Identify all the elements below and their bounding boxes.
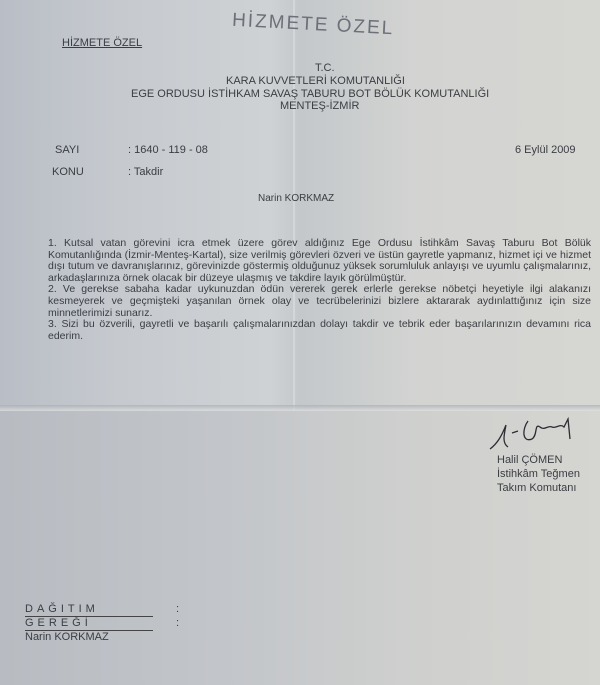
signatory-rank: İstihkâm Teğmen: [497, 467, 580, 481]
action-colon: :: [176, 617, 179, 630]
distribution-colon: :: [176, 603, 179, 616]
subject-value: : Takdir: [128, 166, 163, 178]
signatory-name: Halil ÇÖMEN: [497, 453, 580, 467]
paper-fold-horizontal: [0, 405, 600, 411]
header-command: KARA KUVVETLERİ KOMUTANLIĞI: [226, 75, 405, 87]
number-label: SAYI: [55, 144, 79, 156]
document-date: 6 Eylül 2009: [515, 144, 576, 156]
signatory-block: Halil ÇÖMEN İstihkâm Teğmen Takım Komuta…: [497, 453, 580, 495]
distribution-recipient: Narin KORKMAZ: [25, 631, 153, 644]
distribution-block: DAĞITIM : GEREĞİ : Narin KORKMAZ: [25, 603, 153, 644]
paragraph-2: 2. Ve gerekse sabaha kadar uykunuzdan öd…: [48, 284, 591, 319]
action-row: GEREĞİ :: [25, 617, 153, 631]
header-unit: EGE ORDUSU İSTİHKAM SAVAŞ TABURU BOT BÖL…: [131, 88, 489, 100]
subject-label: KONU: [52, 166, 84, 178]
handwritten-signature-icon: [488, 413, 578, 453]
paragraph-3: 3. Sizi bu özverili, gayretli ve başarıl…: [48, 319, 591, 342]
header-location: MENTEŞ-İZMİR: [280, 100, 359, 112]
document-page: HİZMETE ÖZEL HİZMETE ÖZEL T.C. KARA KUVV…: [0, 0, 600, 685]
classification-stamp: HİZMETE ÖZEL: [232, 10, 395, 40]
classification-label: HİZMETE ÖZEL: [62, 37, 142, 49]
header-tc: T.C.: [315, 62, 335, 74]
distribution-row: DAĞITIM :: [25, 603, 153, 617]
action-label: GEREĞİ: [25, 617, 92, 629]
number-value: : 1640 - 119 - 08: [128, 144, 208, 156]
letter-body: 1. Kutsal vatan görevini icra etmek üzer…: [48, 238, 591, 342]
paragraph-1: 1. Kutsal vatan görevini icra etmek üzer…: [48, 238, 591, 284]
recipient-heading: Narin KORKMAZ: [258, 193, 334, 204]
distribution-label: DAĞITIM: [25, 603, 99, 615]
signatory-title: Takım Komutanı: [497, 481, 580, 495]
